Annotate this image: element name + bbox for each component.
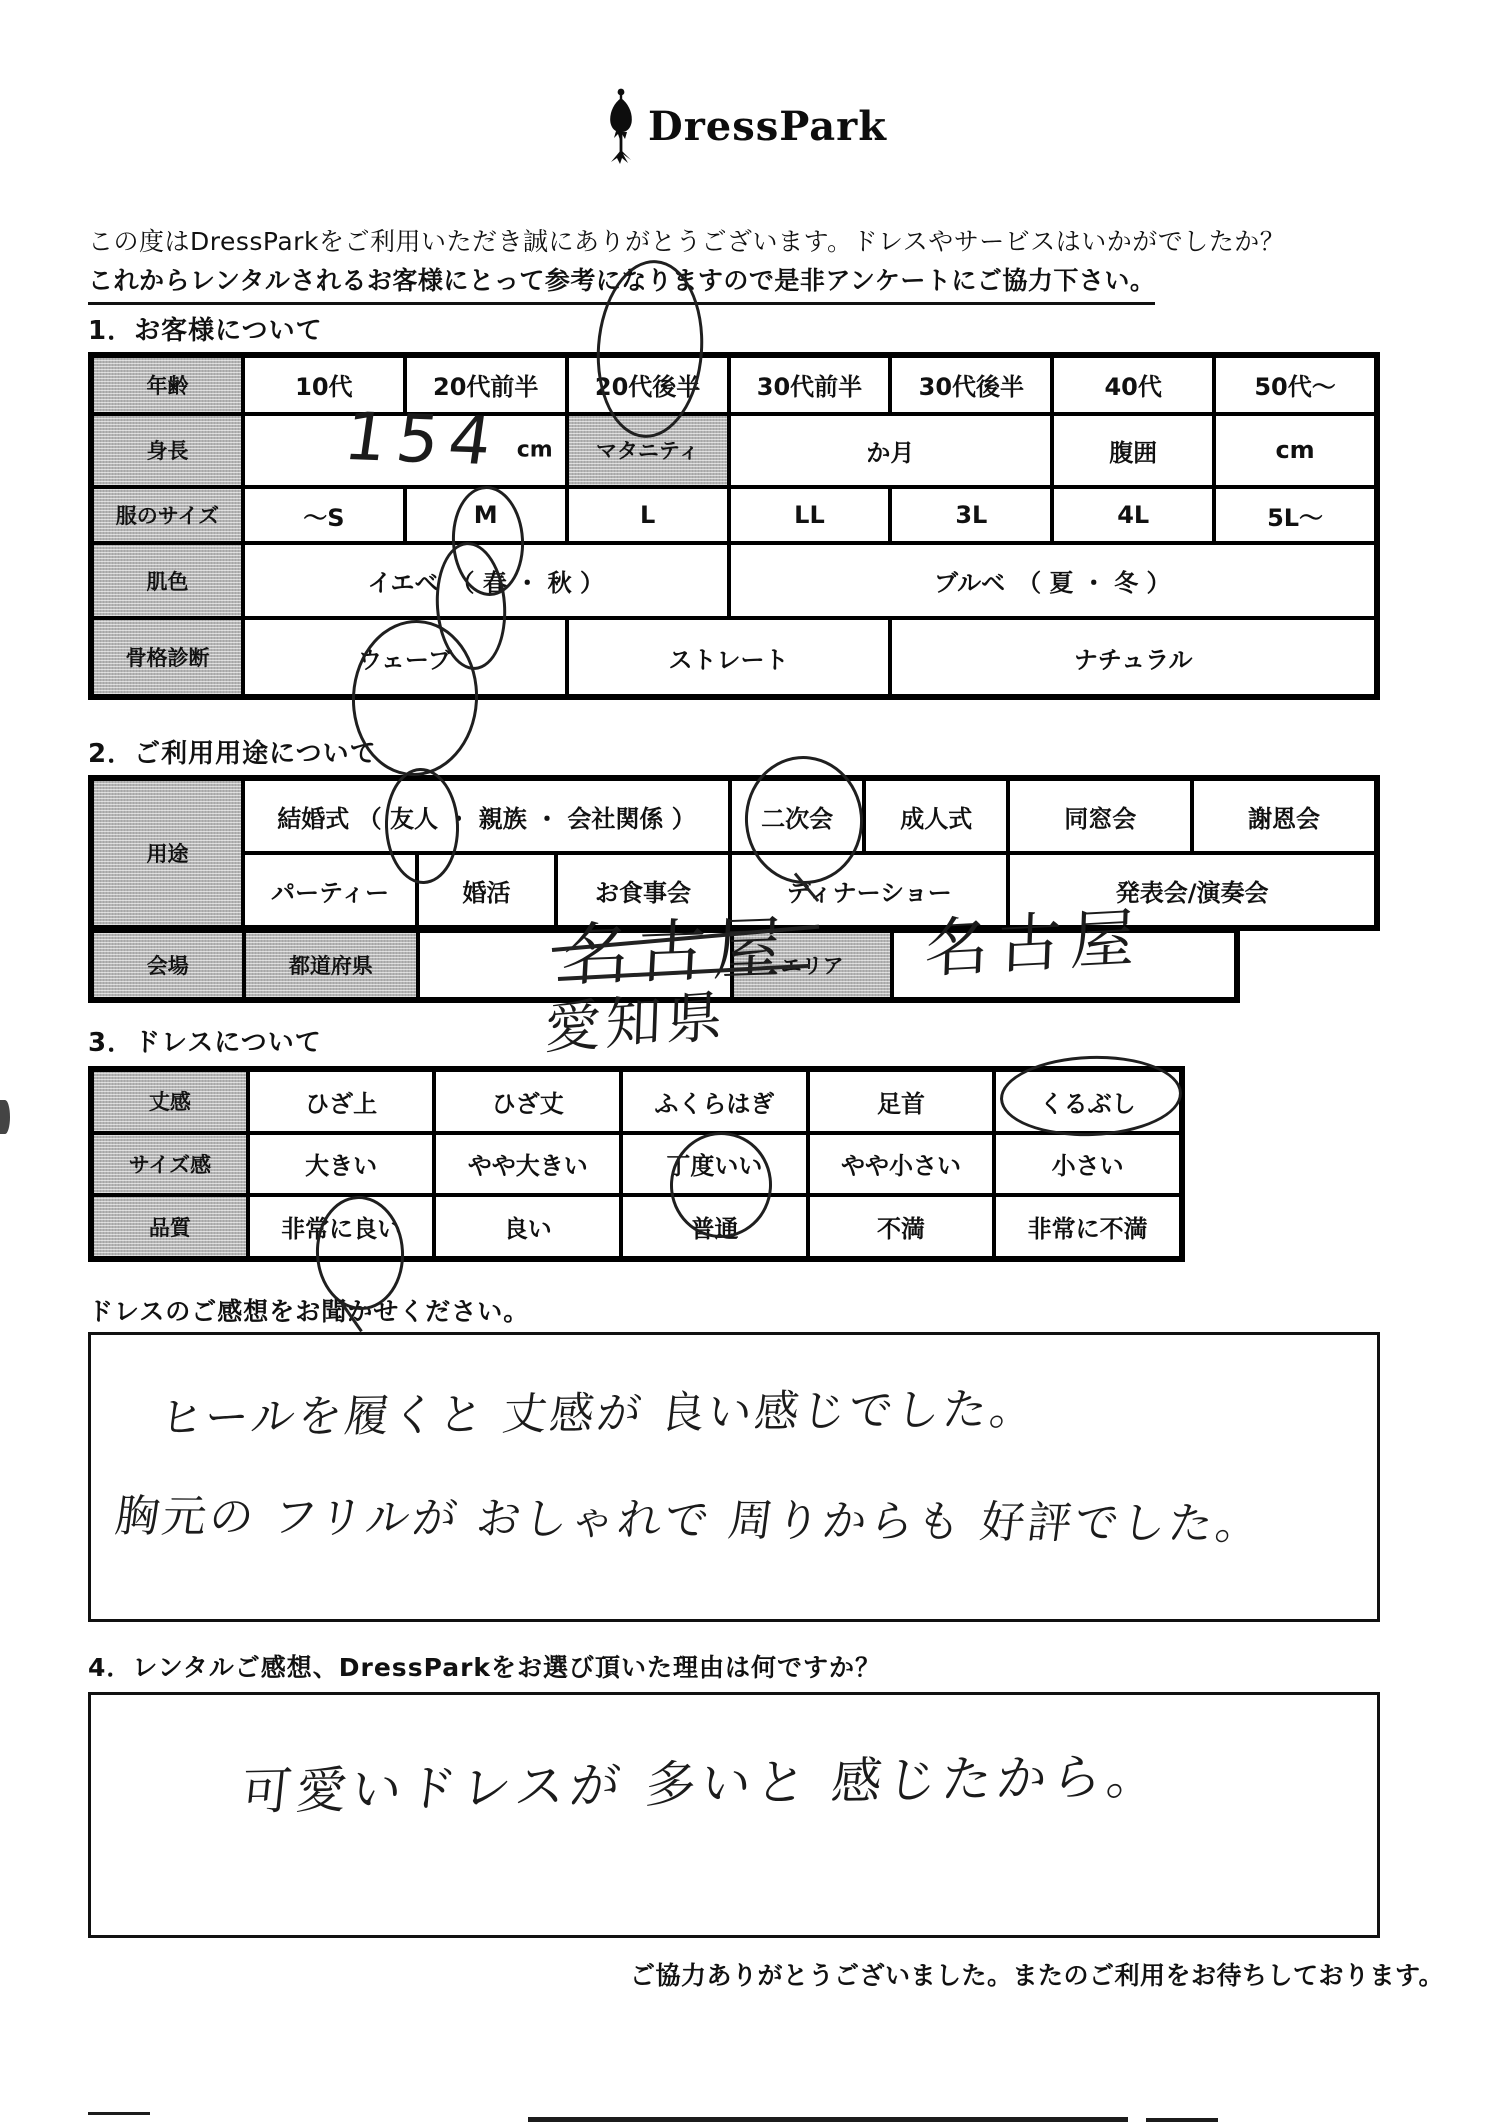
size-option: LL (729, 487, 891, 543)
age-option: 40代 (1052, 356, 1214, 414)
intro-line-1: この度はDressParkをご利用いただき誠にありがとうございます。ドレスやサー… (88, 222, 1285, 258)
quality-option: 良い (434, 1195, 621, 1258)
section4-title: 4．レンタルご感想、DressParkをお選び頂いた理由は何ですか？ (88, 1648, 881, 1684)
scan-artifact (528, 2117, 1128, 2122)
maternity-months-cell: か月 (729, 414, 1053, 488)
size-option: L (567, 487, 729, 543)
logo-text: DressPark (648, 103, 887, 150)
section1-title: 1．お客様について (88, 310, 323, 347)
frame-option: ナチュラル (890, 618, 1376, 696)
height-unit: cm (517, 438, 553, 463)
customer-table: 年齢 10代 20代前半 20代後半 30代前半 30代後半 40代 50代～ … (88, 352, 1380, 700)
handwritten-prefecture-correction: 愛知県 (544, 972, 729, 1065)
waist-unit-cell: cm (1214, 414, 1376, 488)
usage-option: 謝恩会 (1192, 779, 1376, 853)
age-option: 30代後半 (890, 356, 1052, 414)
quality-option: 不満 (808, 1195, 995, 1258)
footer-thanks: ご協力ありがとうございました。またのご利用をお待ちしております。 (630, 1956, 1444, 1992)
size-option: 5L～ (1214, 487, 1376, 543)
fit-label: サイズ感 (92, 1133, 248, 1196)
frame-label: 骨格診断 (92, 618, 243, 696)
fit-option: やや大きい (434, 1133, 621, 1196)
handwritten-height-value: 154 (340, 398, 507, 480)
scan-artifact (0, 1100, 10, 1134)
length-option: ふくらはぎ (621, 1070, 808, 1133)
scanned-survey-page: DressPark この度はDressParkをご利用いただき誠にありがとうござ… (0, 0, 1500, 2127)
height-label: 身長 (92, 414, 243, 488)
size-option: ～S (243, 487, 405, 543)
length-option: ひざ上 (248, 1070, 435, 1133)
section3-title: 3．ドレスについて (88, 1022, 322, 1059)
scan-artifact (1146, 2118, 1218, 2122)
quality-option: 非常に不満 (994, 1195, 1181, 1258)
skin-label: 肌色 (92, 543, 243, 619)
length-option: 足首 (808, 1070, 995, 1133)
venue-label: 会場 (92, 931, 244, 999)
size-option: 3L (890, 487, 1052, 543)
frame-option: ストレート (567, 618, 891, 696)
skin-blue-base: ブルベ （ 夏 ・ 冬 ） (729, 543, 1376, 619)
dresspark-logo: DressPark (598, 88, 887, 164)
handwritten-comment-line2: 胸元の フリルが おしゃれで 周りからも 好評でした。 (112, 1480, 1267, 1552)
waist-label: 腹囲 (1052, 414, 1214, 488)
age-option: 50代～ (1214, 356, 1376, 414)
age-label: 年齢 (92, 356, 243, 414)
fit-option: 大きい (248, 1133, 435, 1196)
prefecture-label: 都道府県 (244, 931, 419, 999)
length-label: 丈感 (92, 1070, 248, 1133)
section2-title: 2．ご利用用途について (88, 733, 377, 770)
usage-option: 同窓会 (1008, 779, 1192, 853)
usage-option-wedding: 結婚式 （ 友人 ・ 親族 ・ 会社関係 ） (243, 779, 730, 853)
size-option: 4L (1052, 487, 1214, 543)
scan-artifact (88, 2112, 150, 2115)
size-label: 服のサイズ (92, 487, 243, 543)
quality-label: 品質 (92, 1195, 248, 1258)
usage-option: 成人式 (864, 779, 1008, 853)
handwritten-area-value: 名古屋 (923, 886, 1145, 990)
length-option: ひざ丈 (434, 1070, 621, 1133)
age-option: 30代前半 (729, 356, 891, 414)
comment-prompt: ドレスのご感想をお聞かせください。 (88, 1292, 529, 1328)
dress-form-icon (598, 88, 644, 164)
usage-option: パーティー (243, 853, 417, 927)
fit-option: やや小さい (808, 1133, 995, 1196)
handwritten-comment-line1: ヒールを履くと 丈感が 良い感じでした。 (156, 1373, 1040, 1446)
fit-option: 小さい (994, 1133, 1181, 1196)
usage-label: 用途 (92, 779, 243, 927)
